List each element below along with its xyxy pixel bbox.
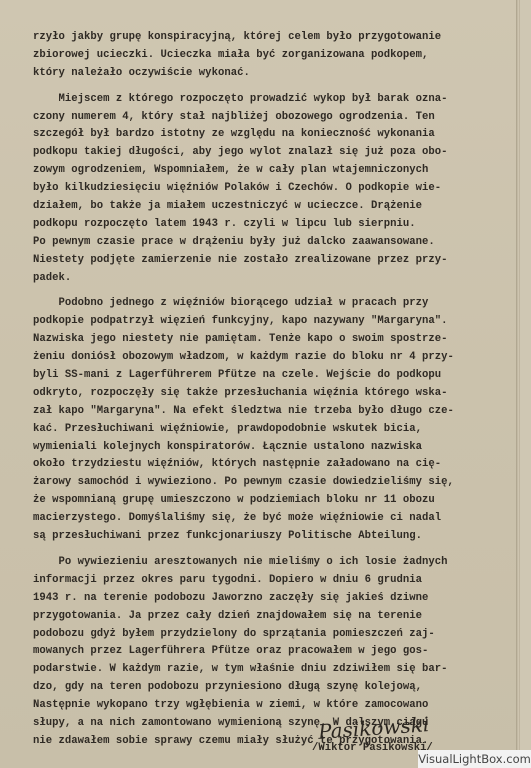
paragraph: Podobno jednego z więźniów biorącego udz…: [33, 295, 513, 545]
text-line: mowanych przez Lagerführera Pfütze oraz …: [33, 643, 513, 661]
text-line: Podobno jednego z więźniów biorącego udz…: [33, 295, 513, 313]
text-line: było kilkudziesięciu więźniów Polaków i …: [33, 180, 513, 198]
typewritten-body: rzyło jakby grupę konspiracyjną, której …: [33, 29, 513, 751]
paragraph: Miejscem z którego rozpoczęto prowadzić …: [33, 91, 513, 288]
text-line: byli SS-mani z Lagerführerem Pfütze na c…: [33, 367, 513, 385]
paragraph-gap: [33, 83, 513, 91]
paragraph: rzyło jakby grupę konspiracyjną, której …: [33, 29, 513, 83]
text-line: padek.: [33, 270, 513, 288]
text-line: Po pewnym czasie prace w drążeniu były j…: [33, 234, 513, 252]
text-line: zbiorowej ucieczki. Ucieczka miała być z…: [33, 47, 513, 65]
text-line: zał kapo "Margaryna". Na efekt śledztwa …: [33, 403, 513, 421]
text-line: odkryto, rozpoczęły się także przesłucha…: [33, 385, 513, 403]
text-line: wymieniali kolejnych konspiratorów. Łącz…: [33, 439, 513, 457]
text-line: podarstwie. W każdym razie, w tym właśni…: [33, 661, 513, 679]
text-line: dzo, gdy na teren podobozu przyniesiono …: [33, 679, 513, 697]
paragraph-gap: [33, 287, 513, 295]
text-line: rzyło jakby grupę konspiracyjną, której …: [33, 29, 513, 47]
text-line: informacji przez okres paru tygodni. Dop…: [33, 572, 513, 590]
text-line: 1943 r. na terenie podobozu Jaworzno zac…: [33, 590, 513, 608]
text-line: Nazwiska jego niestety nie pamiętam. Ten…: [33, 331, 513, 349]
text-line: że wspomnianą grupę umieszczono w podzie…: [33, 492, 513, 510]
text-line: około trzydziestu więźniów, których nast…: [33, 456, 513, 474]
text-line: podkopu rozpoczęto latem 1943 r. czyli w…: [33, 216, 513, 234]
text-line: żeniu doniósł obozowym władzom, w każdym…: [33, 349, 513, 367]
text-line: słupy, a na nich zamontowano wymienioną …: [33, 715, 513, 733]
text-line: Miejscem z którego rozpoczęto prowadzić …: [33, 91, 513, 109]
text-line: kać. Przesłuchiwani więźniowie, prawdopo…: [33, 421, 513, 439]
text-line: Po wywiezieniu aresztowanych nie mieliśm…: [33, 554, 513, 572]
page-edge-margin: [520, 0, 531, 768]
text-line: Następnie wykopano trzy wgłębienia w zie…: [33, 697, 513, 715]
text-line: są przesłuchiwani przez funkcjonariuszy …: [33, 528, 513, 546]
text-line: działem, bo także ja miałem uczestniczyć…: [33, 198, 513, 216]
text-line: szczegół był bardzo istotny ze względu n…: [33, 126, 513, 144]
text-line: czony numerem 4, który stał najbliżej ob…: [33, 109, 513, 127]
text-line: podkopie podpatrzył więzień funkcyjny, k…: [33, 313, 513, 331]
paragraph-gap: [33, 546, 513, 554]
text-line: podobozu gdyż byłem przydzielony do sprz…: [33, 626, 513, 644]
typed-signature-name: /Wiktor Pasikowski/: [312, 742, 433, 754]
text-line: zowym ogrodzeniem, Wspomniałem, że w cał…: [33, 162, 513, 180]
watermark-label[interactable]: VisualLightBox.com: [418, 750, 531, 768]
text-line: macierzystego. Domyślaliśmy się, że być …: [33, 510, 513, 528]
text-line: który należało oczywiście wykonać.: [33, 65, 513, 83]
text-line: przygotowania. Ja przez cały dzień znajd…: [33, 608, 513, 626]
text-line: Niestety podjęte zamierzenie nie zostało…: [33, 252, 513, 270]
text-line: nie zdawałem sobie sprawy czemu miały sł…: [33, 733, 513, 751]
text-line: podkopu takiej długości, aby jego wylot …: [33, 144, 513, 162]
text-line: żarowy samochód i wywieziono. Po pewnym …: [33, 474, 513, 492]
paragraph: Po wywiezieniu aresztowanych nie mieliśm…: [33, 554, 513, 751]
